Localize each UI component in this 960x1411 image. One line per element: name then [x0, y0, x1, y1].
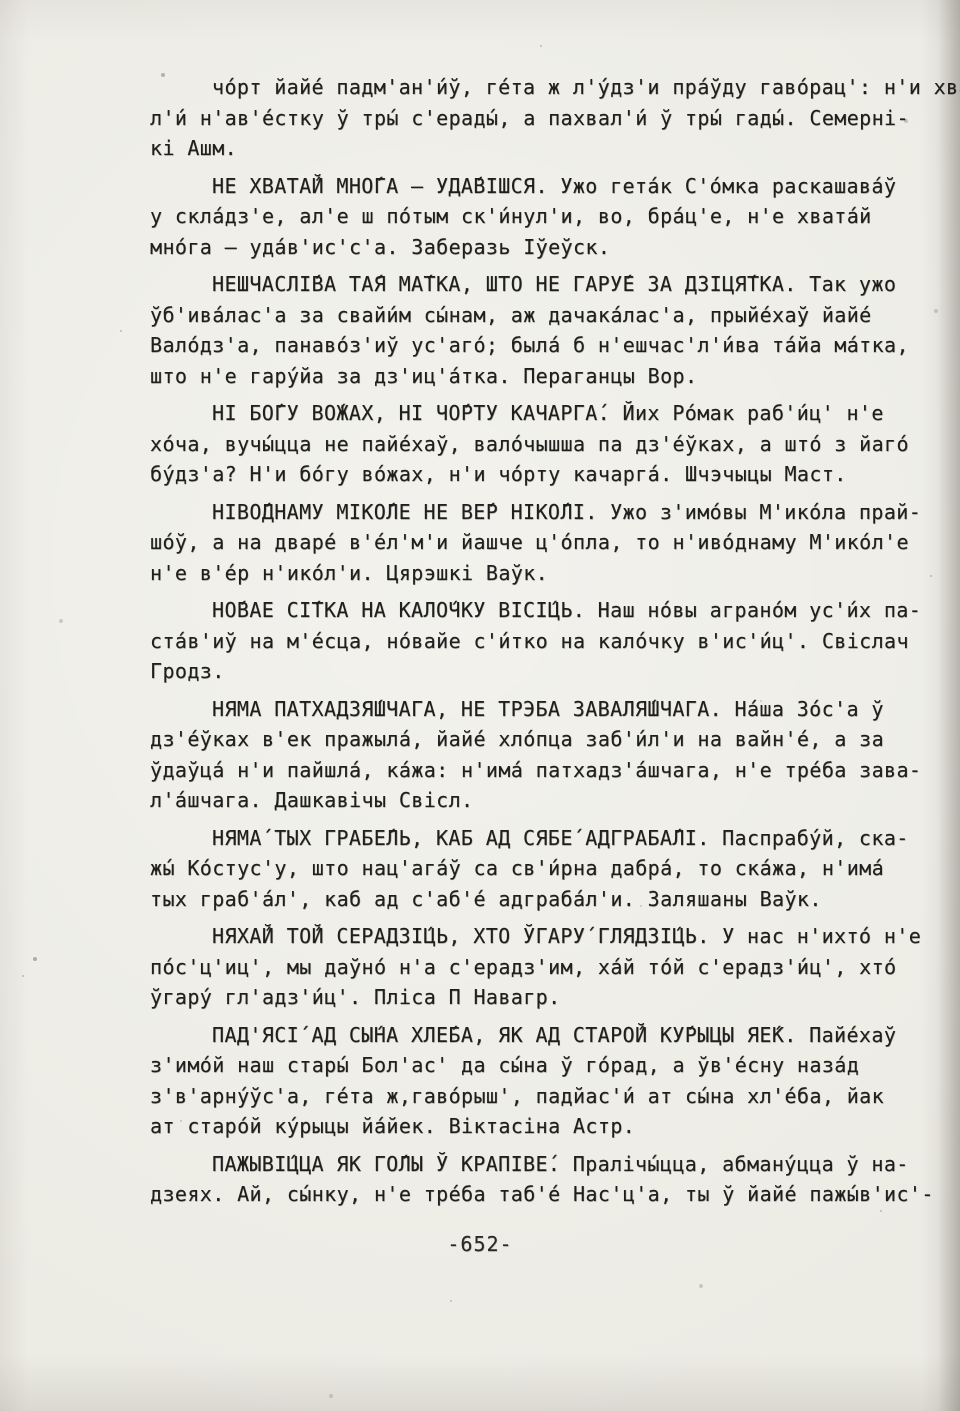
document-page: чо́рт йайе́ падм'ан'и́ў, ге́та ж л'у́дз'… [0, 0, 960, 1411]
scan-edge-shadow [938, 0, 960, 1411]
paragraph: НІ БО́ГУ ВО́ЖАХ, НІ ЧО́РТУ КАЧАРГА́. Йих… [150, 398, 940, 490]
paragraph: НІВО́ДНАМУ МІКО́ЛЕ НЕ ВЕ́Р НІКО́ЛІ. Ужо … [150, 497, 940, 589]
paragraph: ПАЖЫВІ́ЦЦА ЯК ГО́ЛЫ Ў КРАПІВЕ́. Пралічы́… [150, 1149, 940, 1210]
paragraph: НЕ ХВАТА́Й МНО́ГА — УДА́ВІШСЯ. Ужо гета́… [150, 171, 940, 263]
paragraph: НО́ВАЕ СІ́ТКА НА КАЛО́ЧКУ ВІСІ́ЦЬ. Наш н… [150, 595, 940, 687]
text-block: чо́рт йайе́ падм'ан'и́ў, ге́та ж л'у́дз'… [150, 72, 940, 1217]
paragraph: чо́рт йайе́ падм'ан'и́ў, ге́та ж л'у́дз'… [150, 72, 940, 164]
paragraph: НЯМА ПАТХАДЗЯ́ШЧАГА, НЕ ТРЭБА ЗАВАЛЯ́ШЧА… [150, 694, 940, 816]
paragraph: НЕШЧАСЛІ́ВА ТА́Я МА́ТКА, ШТО НЕ ГАРУ́Е З… [150, 269, 940, 391]
paragraph: НЯМА́ ТЫХ ГРАБЕ́ЛЬ, КАБ АД СЯБЕ́ АДГРАБА… [150, 823, 940, 915]
page-number: -652- [0, 1232, 960, 1256]
paragraph: НЯХА́Й ТО́Й СЕРАДЗІ́ЦЬ, ХТО ЎГАРУ́ ГЛЯДЗ… [150, 921, 940, 1013]
scan-noise-specks [0, 0, 2, 2]
paragraph: ПАД'ЯСІ́ АД СЫ́НА ХЛЕ́БА, ЯК АД СТАРО́Й … [150, 1020, 940, 1142]
